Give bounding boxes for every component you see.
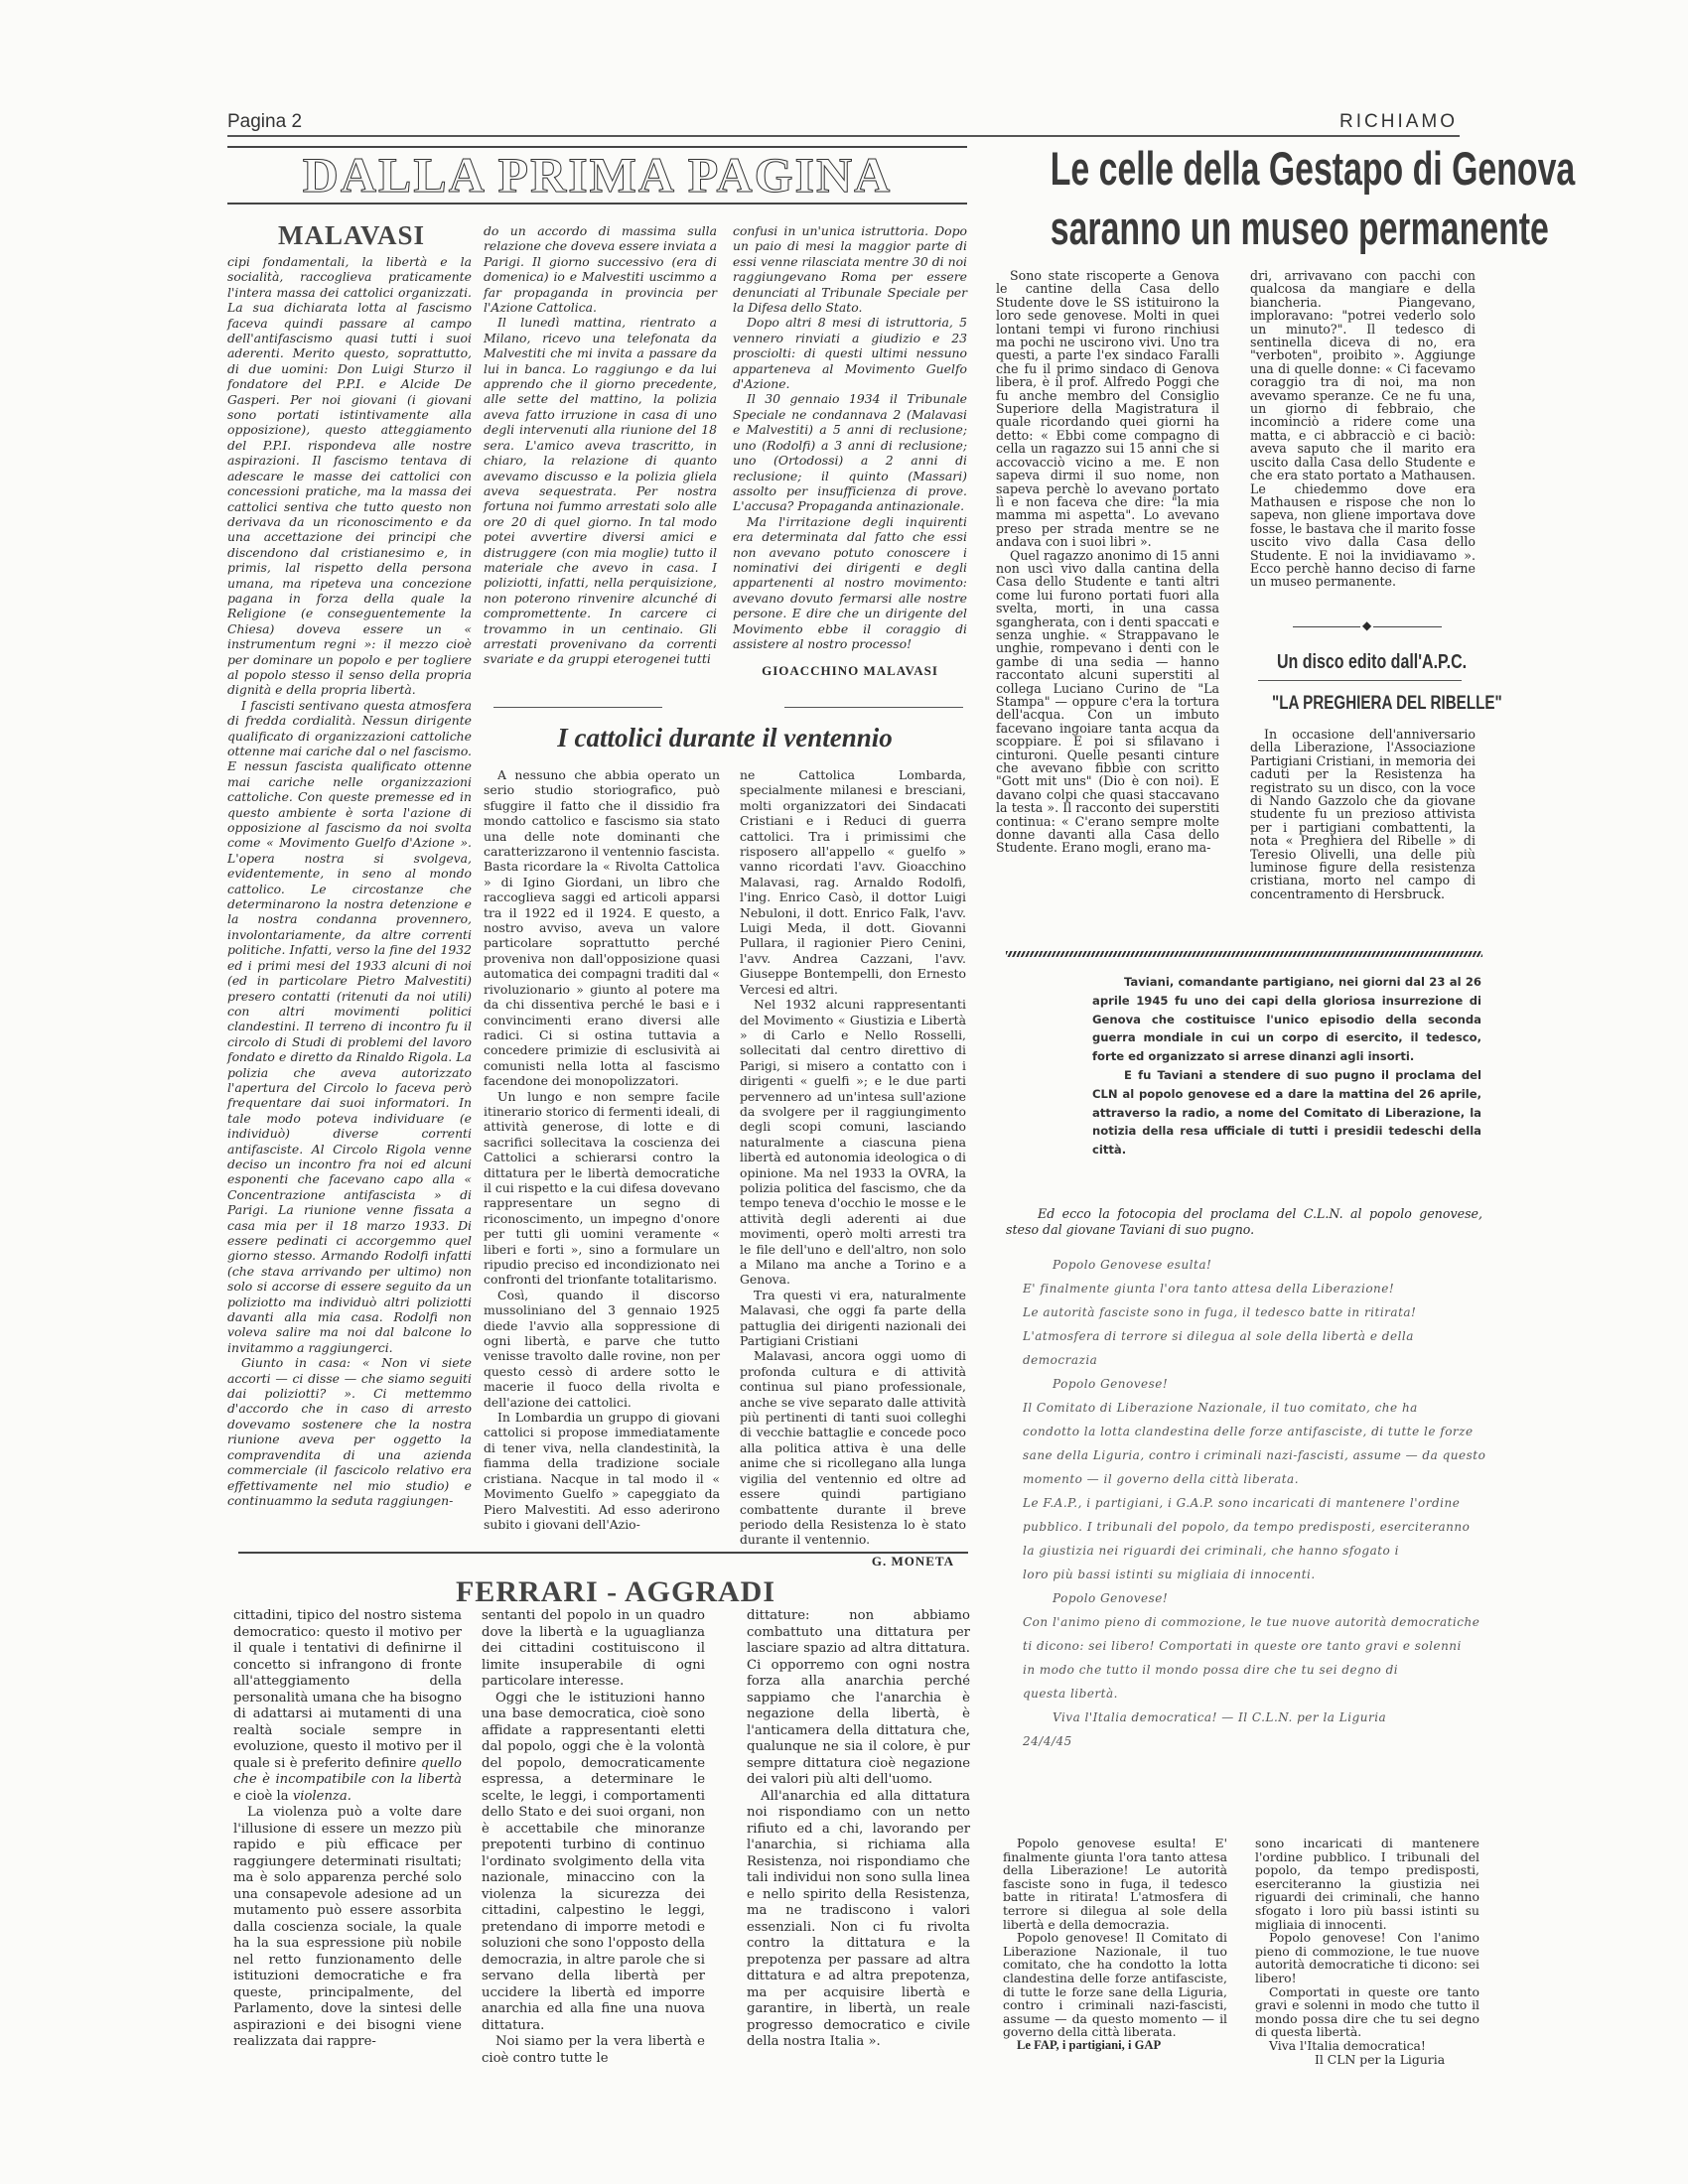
paragraph: confusi in un'unica istruttoria. Dopo un… [733, 223, 967, 315]
paragraph: In occasione dell'anniversario della Lib… [1250, 728, 1476, 900]
paragraph: Noi siamo per la vera libertà e cioè con… [482, 2034, 705, 2067]
paragraph: dri, arrivavano con pacchi con qualcosa … [1250, 269, 1476, 589]
paragraph: Taviani, comandante partigiano, nei gior… [1092, 973, 1481, 1066]
banner-rule-bottom [227, 203, 967, 205]
malavasi-column-3: confusi in un'unica istruttoria. Dopo un… [733, 223, 967, 679]
paragraph: Sono state riscoperte a Genova le cantin… [996, 269, 1219, 549]
article-heading-malavasi: MALAVASI [227, 220, 476, 251]
malavasi-column-1: cipi fondamentali, la libertà e la socia… [227, 254, 472, 1508]
manuscript-line: L'atmosfera di terrore si dilegua al sol… [1023, 1324, 1489, 1348]
manuscript-line: Il Comitato di Liberazione Nazionale, il… [1023, 1396, 1489, 1420]
text: e cioè la [233, 1789, 293, 1804]
proclamation-column-2: sono incaricati di mantenere l'ordine pu… [1255, 1837, 1479, 2066]
column-rule [493, 707, 662, 708]
section-banner: DALLA PRIMA PAGINA [227, 146, 967, 204]
paragraph: Oggi che le istituzioni hanno una base d… [482, 1691, 705, 2035]
paragraph: Quel ragazzo anonimo di 15 anni non uscì… [996, 549, 1219, 855]
cattolici-column-1: A nessuno che abbia operato un serio stu… [484, 767, 720, 1532]
ferrari-column-3: dittature: non abbiamo combattuto una di… [747, 1608, 970, 2051]
paragraph: All'anarchia ed alla dittatura noi rispo… [747, 1789, 970, 2051]
paragraph: dittature: non abbiamo combattuto una di… [747, 1608, 970, 1789]
headline-line-1: Le celle della Gestapo di Genova [1051, 139, 1396, 199]
paragraph: sono incaricati di mantenere l'ordine pu… [1255, 1837, 1479, 1931]
hatched-divider [1006, 951, 1482, 957]
article-heading-disco: Un disco edito dall'A.P.C. [1277, 651, 1444, 674]
paragraph: Viva l'Italia democratica! [1255, 2039, 1479, 2053]
article-headline-gestapo: Le celle della Gestapo di Genova saranno… [1051, 139, 1396, 258]
paragraph: Ma l'irritazione degli inquirenti era de… [733, 514, 967, 652]
manuscript-line: Le F.A.P., i partigiani, i G.A.P. sono i… [1023, 1491, 1489, 1515]
paragraph: Malavasi, ancora oggi uomo di profonda c… [740, 1348, 966, 1547]
manuscript-line: condotto la lotta clandestina delle forz… [1023, 1420, 1489, 1443]
byline: GIOACCHINO MALAVASI [733, 663, 967, 678]
taviani-intro: Taviani, comandante partigiano, nei gior… [1092, 973, 1481, 1160]
article-subheading-preghiera: "LA PREGHIERA DEL RIBELLE" [1272, 693, 1455, 715]
article-heading-cattolici: I cattolici durante il ventennio [477, 723, 973, 753]
manuscript-line: in modo che tutto il mondo possa dire ch… [1023, 1658, 1489, 1682]
paragraph: sentanti del popolo in un quadro dove la… [482, 1608, 705, 1691]
masthead: RICHIAMO [1339, 111, 1458, 133]
handwritten-proclamation-facsimile: Popolo Genovese esulta! E' finalmente gi… [1023, 1253, 1489, 1753]
ornament-divider: ◆ [1293, 621, 1442, 633]
page-number: Pagina 2 [227, 111, 302, 133]
ferrari-column-1: cittadini, tipico del nostro sistema dem… [233, 1608, 462, 2051]
paragraph: Nel 1932 alcuni rappresentanti del Movim… [740, 997, 966, 1288]
header-rule [227, 135, 1460, 137]
manuscript-line: sane della Liguria, contro i criminali n… [1023, 1443, 1489, 1467]
manuscript-line: questa libertà. [1023, 1682, 1489, 1706]
article-heading-ferrari-aggradi: FERRARI - AGGRADI [427, 1575, 804, 1609]
paragraph: Le FAP, i partigiani, i GAP [1003, 2039, 1227, 2053]
diamond-ornament-icon: ◆ [1360, 618, 1373, 632]
manuscript-date: 24/4/45 [1023, 1729, 1489, 1753]
manuscript-line: Popolo Genovese! [1023, 1586, 1489, 1610]
paragraph: cipi fondamentali, la libertà e la socia… [227, 254, 472, 698]
paragraph: Tra questi vi era, naturalmente Malavasi… [740, 1288, 966, 1349]
manuscript-line: democrazia [1023, 1348, 1489, 1372]
byline: G. MONETA [740, 1554, 966, 1569]
gestapo-column-2: dri, arrivavano con pacchi con qualcosa … [1250, 269, 1476, 589]
proclamation-signature: Il CLN per la Liguria [1255, 2053, 1479, 2067]
manuscript-line: ti dicono: sei libero! Comportati in que… [1023, 1634, 1489, 1658]
gestapo-column-1: Sono state riscoperte a Genova le cantin… [996, 269, 1219, 855]
text-italic: violenza. [293, 1789, 352, 1804]
paragraph: Comportati in queste ore tanto gravi e s… [1255, 1985, 1479, 2039]
paragraph: Così, quando il discorso mussoliniano de… [484, 1288, 720, 1410]
paragraph: Popolo genovese esulta! E' finalmente gi… [1003, 1837, 1227, 1931]
manuscript-line: Con l'animo pieno di commozione, le tue … [1023, 1610, 1489, 1634]
paragraph: Popolo genovese! Con l'animo pieno di co… [1255, 1931, 1479, 1984]
photocopy-caption: Ed ecco la fotocopia del proclama del C.… [1006, 1206, 1482, 1238]
paragraph: do un accordo di massima sulla relazione… [484, 223, 717, 315]
paragraph: E fu Taviani a stendere di suo pugno il … [1092, 1066, 1481, 1160]
text: cittadini, tipico del nostro sistema dem… [233, 1608, 462, 1771]
headline-line-2: saranno un museo permanente [1051, 199, 1396, 258]
proclamation-column-1: Popolo genovese esulta! E' finalmente gi… [1003, 1837, 1227, 2053]
ferrari-column-2: sentanti del popolo in un quadro dove la… [482, 1608, 705, 2067]
malavasi-column-2: do un accordo di massima sulla relazione… [484, 223, 717, 667]
manuscript-line: E' finalmente giunta l'ora tanto attesa … [1023, 1277, 1489, 1300]
paragraph: I fascisti sentivano questa atmosfera di… [227, 698, 472, 1355]
manuscript-line: pubblico. I tribunali del popolo, da tem… [1023, 1515, 1489, 1539]
column-rule [784, 707, 963, 708]
paragraph: Il lunedì mattina, rientrato a Milano, r… [484, 315, 717, 666]
paragraph: Popolo genovese! Il Comitato di Liberazi… [1003, 1931, 1227, 2039]
manuscript-line: la giustizia nei riguardi dei criminali,… [1023, 1539, 1489, 1563]
cattolici-column-2: ne Cattolica Lombarda, specialmente mila… [740, 767, 966, 1569]
heading-rule [1258, 680, 1462, 681]
paragraph: La violenza può a volte dare l'illusione… [233, 1805, 462, 2051]
paragraph: A nessuno che abbia operato un serio stu… [484, 767, 720, 1089]
manuscript-line: Popolo Genovese esulta! [1023, 1253, 1489, 1277]
paragraph: cittadini, tipico del nostro sistema dem… [233, 1608, 462, 1805]
paragraph: Giunto in casa: « Non vi siete accorti —… [227, 1355, 472, 1508]
paragraph: Ed ecco la fotocopia del proclama del C.… [1006, 1206, 1482, 1238]
manuscript-line: loro più bassi istinti su migliaia di in… [1023, 1563, 1489, 1586]
section-rule [238, 1552, 968, 1554]
paragraph: In Lombardia un gruppo di giovani cattol… [484, 1410, 720, 1532]
paragraph: Un lungo e non sempre facile itinerario … [484, 1089, 720, 1288]
manuscript-line: Le autorità fasciste sono in fuga, il te… [1023, 1300, 1489, 1324]
paragraph: Il 30 gennaio 1934 il Tribunale Speciale… [733, 391, 967, 513]
manuscript-line: Viva l'Italia democratica! — Il C.L.N. p… [1023, 1706, 1489, 1729]
manuscript-line: Popolo Genovese! [1023, 1372, 1489, 1396]
paragraph: ne Cattolica Lombarda, specialmente mila… [740, 767, 966, 997]
manuscript-line: momento — il governo della città liberat… [1023, 1467, 1489, 1491]
disco-body: In occasione dell'anniversario della Lib… [1250, 728, 1476, 900]
paragraph: Dopo altri 8 mesi di istruttoria, 5 venn… [733, 315, 967, 391]
